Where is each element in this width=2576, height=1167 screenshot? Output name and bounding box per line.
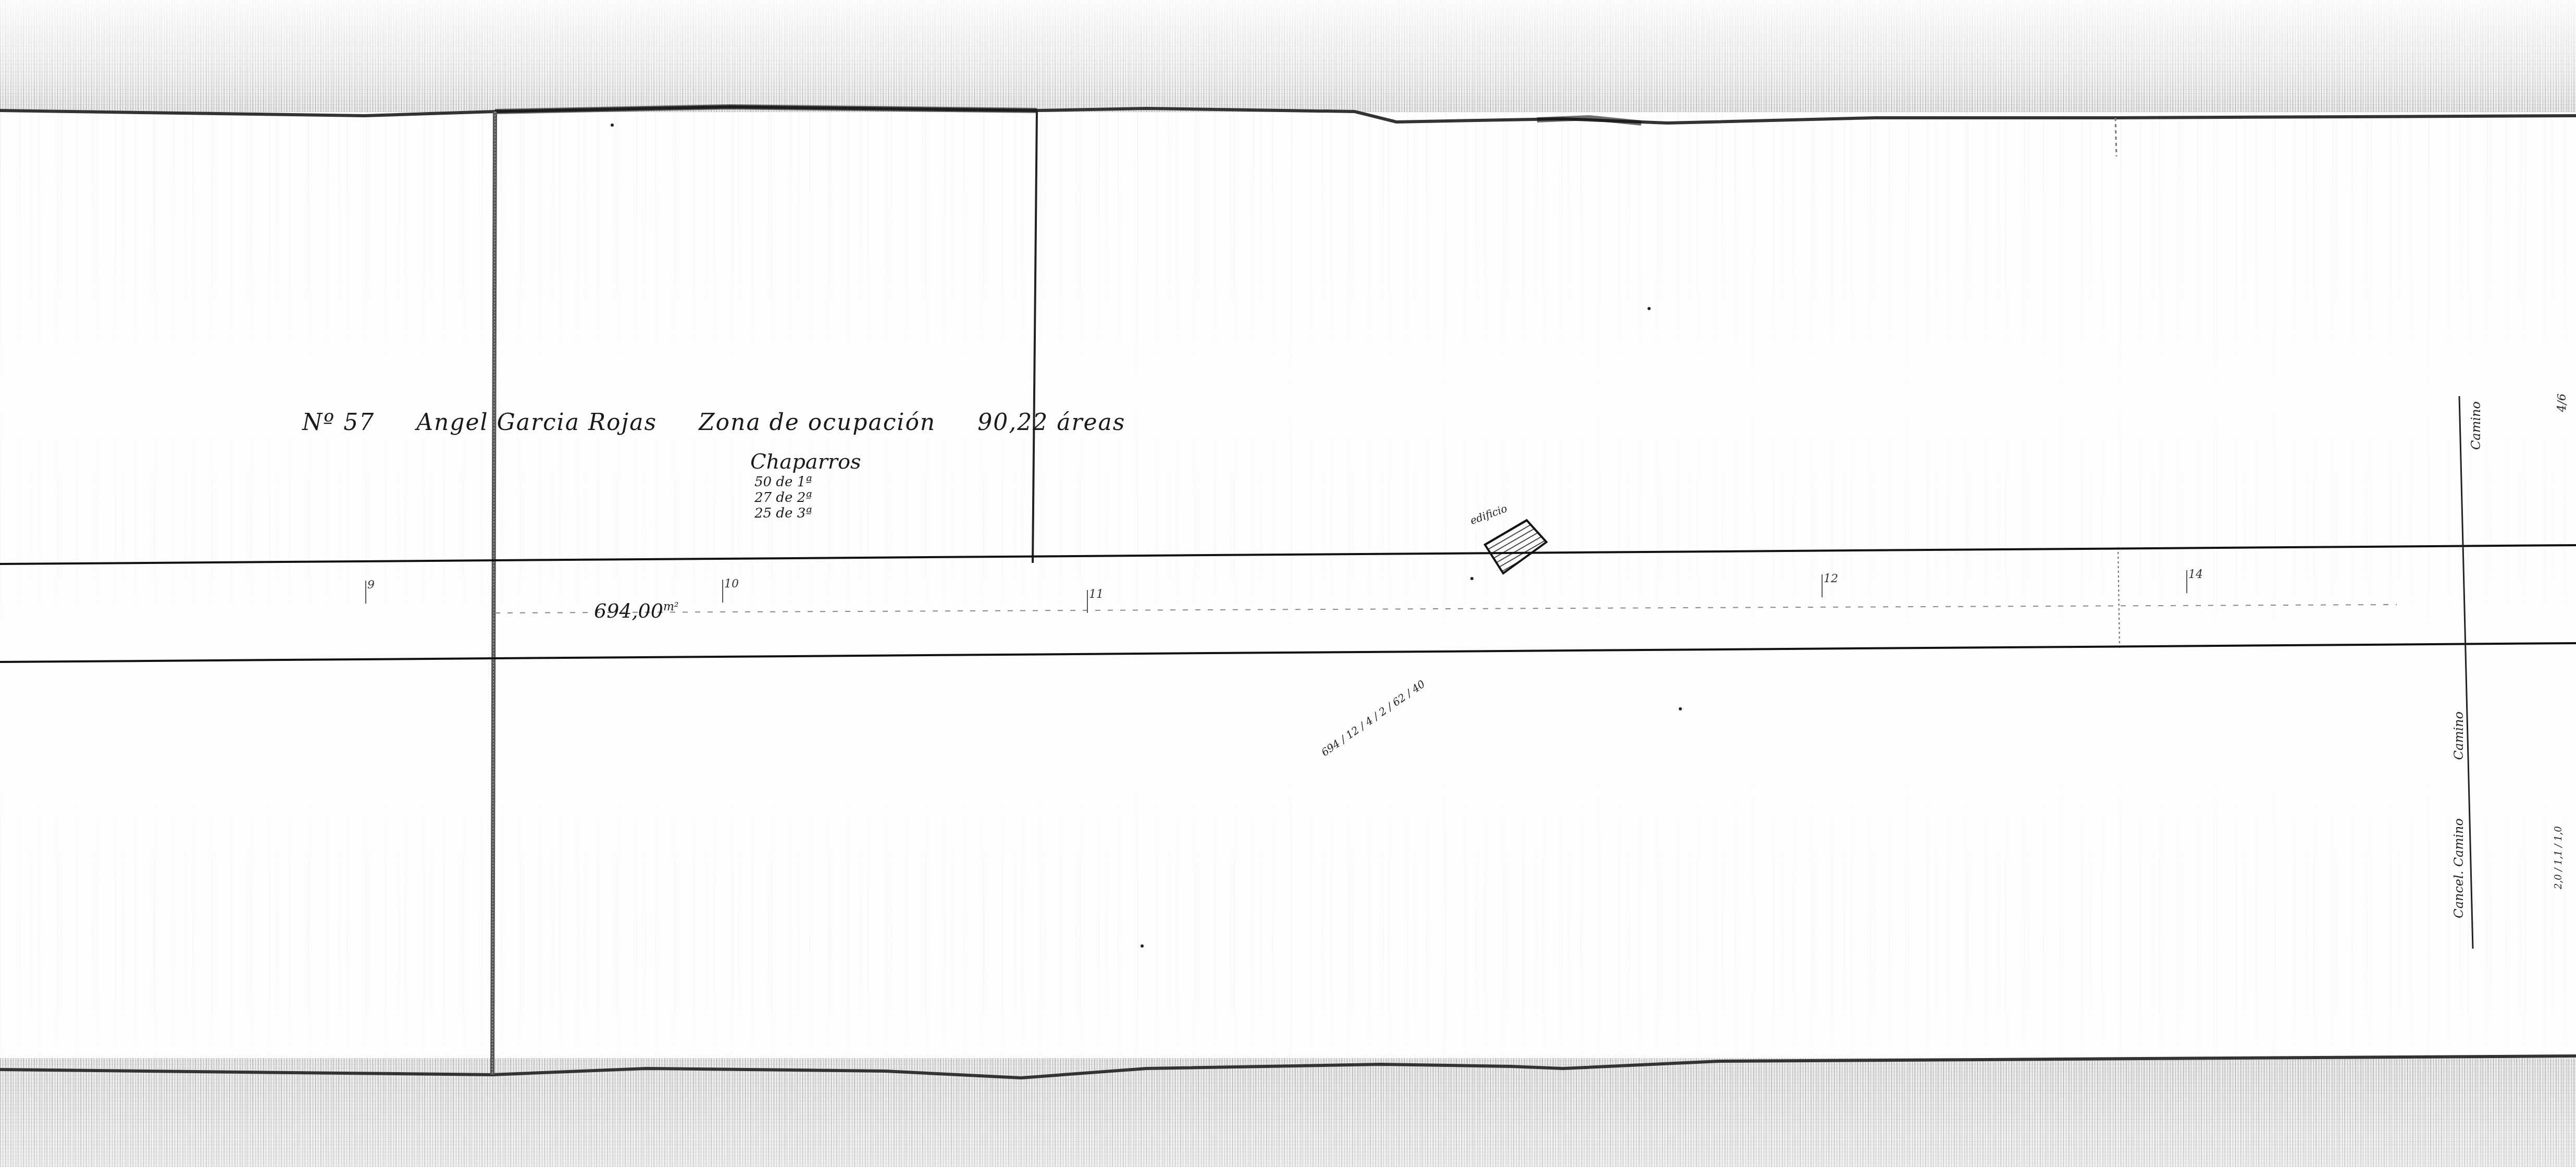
map-sheet: Nº 57 Angel Garcia Rojas Zona de ocupaci…	[0, 0, 2576, 1167]
km-post: 12	[1824, 572, 1838, 585]
parcel-zone-label: Zona de ocupación	[699, 409, 936, 436]
parcel-area: 90,22 áreas	[977, 409, 1125, 436]
top-boundary-line	[0, 107, 2576, 123]
parcel-owner: Angel Garcia Rojas	[416, 409, 657, 436]
km-post: 14	[2188, 568, 2203, 581]
margin-note: Camino	[2469, 401, 2483, 450]
vegetation-row: 25 de 3ª	[754, 506, 861, 521]
vegetation-row: 50 de 1ª	[754, 474, 861, 490]
km-post: 9	[367, 579, 375, 592]
bottom-boundary-line	[0, 1056, 2576, 1078]
margin-note: Cancel. Camino	[2451, 818, 2466, 918]
plan-drawing	[0, 0, 2576, 1167]
strip-edge-bottom	[0, 643, 2576, 662]
strip-axis	[495, 605, 2397, 613]
strip-area-measurement: 694,00m²	[594, 599, 679, 622]
margin-note: Camino	[2451, 711, 2466, 760]
km-post: 10	[724, 578, 739, 591]
strip-edge-top	[0, 545, 2576, 564]
vegetation-title: Chaparros	[750, 452, 861, 471]
parcel-divider-middle	[1033, 110, 1037, 563]
property-divider-right	[2115, 118, 2116, 156]
edge-note: 2,0 / 1,1 / 1,0	[2553, 826, 2564, 889]
building-footprint	[1485, 520, 1546, 573]
parcel-annotation: Nº 57 Angel Garcia Rojas Zona de ocupaci…	[302, 409, 1159, 436]
vegetation-note: Chaparros 50 de 1ª 27 de 2ª 25 de 3ª	[754, 452, 861, 521]
edge-note: 4/6	[2556, 394, 2569, 412]
vegetation-row: 27 de 2ª	[754, 490, 861, 506]
parcel-number: Nº 57	[302, 409, 375, 436]
km-post: 11	[1089, 588, 1104, 601]
